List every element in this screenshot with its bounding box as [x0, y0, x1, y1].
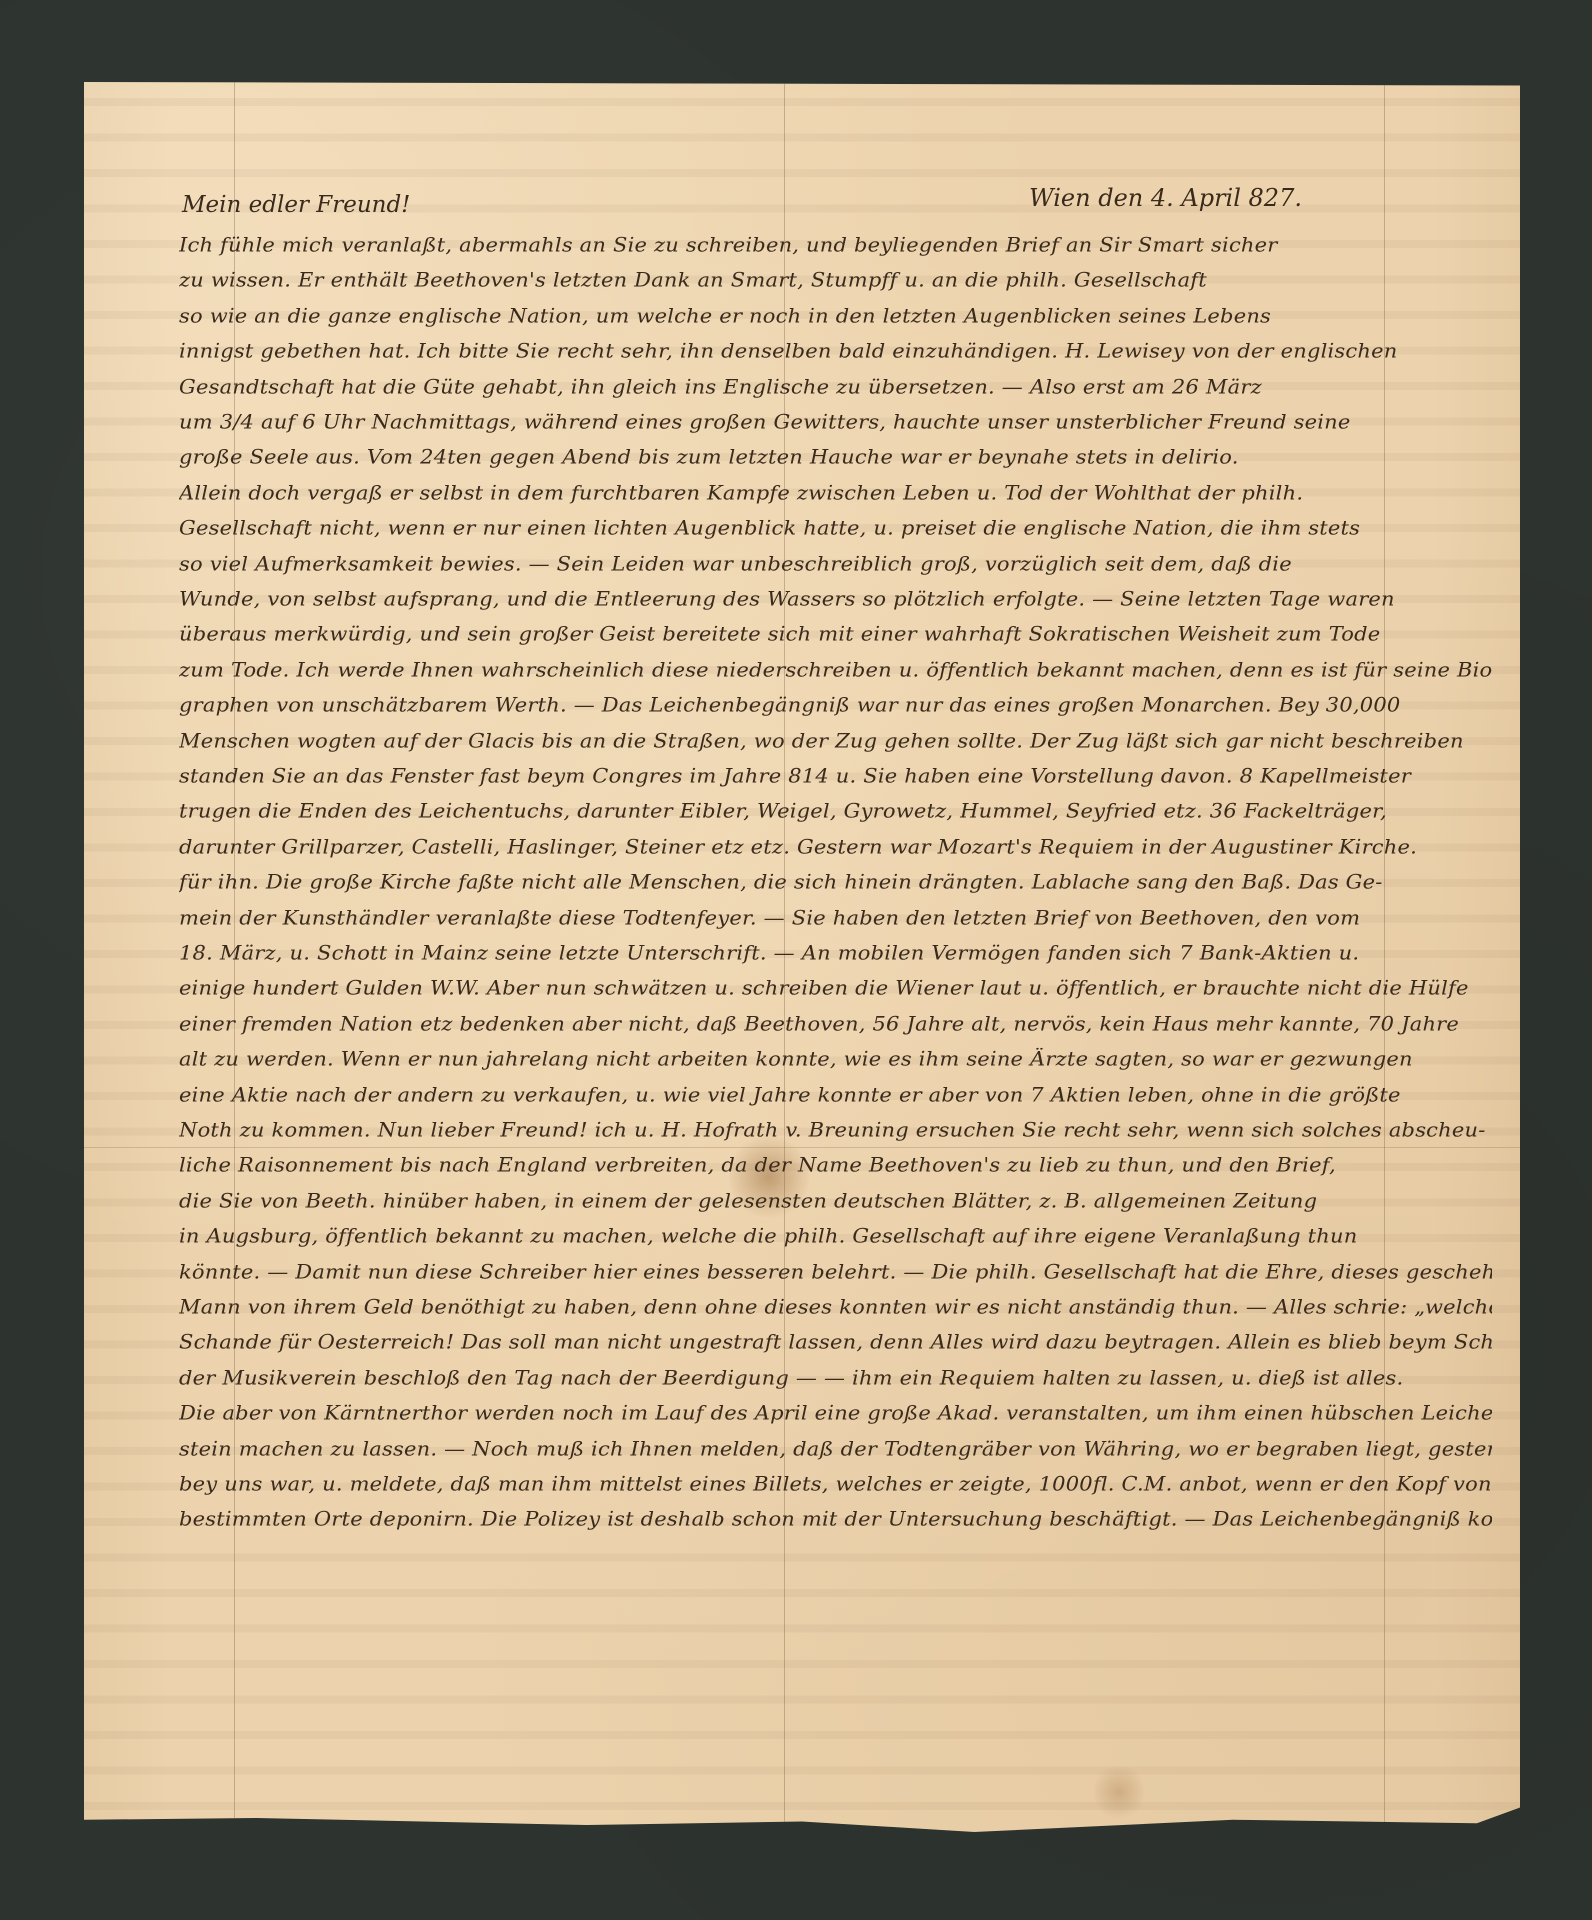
letter-line: Wunde, von selbst aufsprang, und die Ent…: [179, 588, 1492, 610]
letter-line: so viel Aufmerksamkeit bewies. — Sein Le…: [179, 553, 1492, 575]
letter-page: Mein edler Freund! Wien den 4. April 827…: [84, 82, 1520, 1832]
letter-line: die Sie von Beeth. hinüber haben, in ein…: [179, 1190, 1492, 1212]
letter-line: um 3/4 auf 6 Uhr Nachmittags, während ei…: [179, 411, 1492, 433]
letter-line: bey uns war, u. meldete, daß man ihm mit…: [179, 1473, 1492, 1495]
letter-line: Ich fühle mich veranlaßt, abermahls an S…: [179, 234, 1492, 256]
letter-line: bestimmten Orte deponirn. Die Polizey is…: [179, 1508, 1492, 1530]
letter-line: mein der Kunsthändler veranlaßte diese T…: [179, 907, 1492, 929]
letter-line: 18. März, u. Schott in Mainz seine letzt…: [179, 942, 1492, 964]
letter-line: Menschen wogten auf der Glacis bis an di…: [179, 730, 1492, 752]
letter-line: Mann von ihrem Geld benöthigt zu haben, …: [179, 1296, 1492, 1318]
letter-line: stein machen zu lassen. — Noch muß ich I…: [179, 1438, 1492, 1460]
letter-line: überaus merkwürdig, und sein großer Geis…: [179, 623, 1492, 645]
letter-line: in Augsburg, öffentlich bekannt zu mache…: [179, 1225, 1492, 1247]
letter-line: darunter Grillparzer, Castelli, Haslinge…: [179, 836, 1492, 858]
salutation: Mein edler Freund!: [182, 192, 410, 218]
letter-line: zum Tode. Ich werde Ihnen wahrscheinlich…: [179, 659, 1492, 681]
fold-line: [84, 1147, 1520, 1148]
letter-line: graphen von unschätzbarem Werth. — Das L…: [179, 694, 1492, 716]
letter-line: Schande für Oesterreich! Das soll man ni…: [179, 1331, 1492, 1353]
letter-line: der Musikverein beschloß den Tag nach de…: [179, 1367, 1492, 1389]
letter-line: Die aber von Kärntnerthor werden noch im…: [179, 1402, 1492, 1424]
letter-line: einige hundert Gulden W.W. Aber nun schw…: [179, 977, 1492, 999]
letter-line: Gesandtschaft hat die Güte gehabt, ihn g…: [179, 376, 1492, 398]
letter-line: alt zu werden. Wenn er nun jahrelang nic…: [179, 1048, 1492, 1070]
letter-line: Gesellschaft nicht, wenn er nur einen li…: [179, 517, 1492, 539]
letter-line: für ihn. Die große Kirche faßte nicht al…: [179, 871, 1492, 893]
letter-line: eine Aktie nach der andern zu verkaufen,…: [179, 1084, 1492, 1106]
letter-line: große Seele aus. Vom 24ten gegen Abend b…: [179, 446, 1492, 468]
letter-line: liche Raisonnement bis nach England verb…: [179, 1154, 1492, 1176]
letter-line: zu wissen. Er enthält Beethoven's letzte…: [179, 269, 1492, 291]
letter-line: Allein doch vergaß er selbst in dem furc…: [179, 482, 1492, 504]
stain: [1094, 1762, 1144, 1822]
dateline: Wien den 4. April 827.: [1029, 184, 1302, 212]
letter-line: innigst gebethen hat. Ich bitte Sie rech…: [179, 340, 1492, 362]
letter-line: so wie an die ganze englische Nation, um…: [179, 305, 1492, 327]
letter-line: Noth zu kommen. Nun lieber Freund! ich u…: [179, 1119, 1492, 1141]
letter-line: trugen die Enden des Leichentuchs, darun…: [179, 800, 1492, 822]
letter-line: standen Sie an das Fenster fast beym Con…: [179, 765, 1492, 787]
letter-line: könnte. — Damit nun diese Schreiber hier…: [179, 1261, 1492, 1283]
letter-line: einer fremden Nation etz bedenken aber n…: [179, 1013, 1492, 1035]
